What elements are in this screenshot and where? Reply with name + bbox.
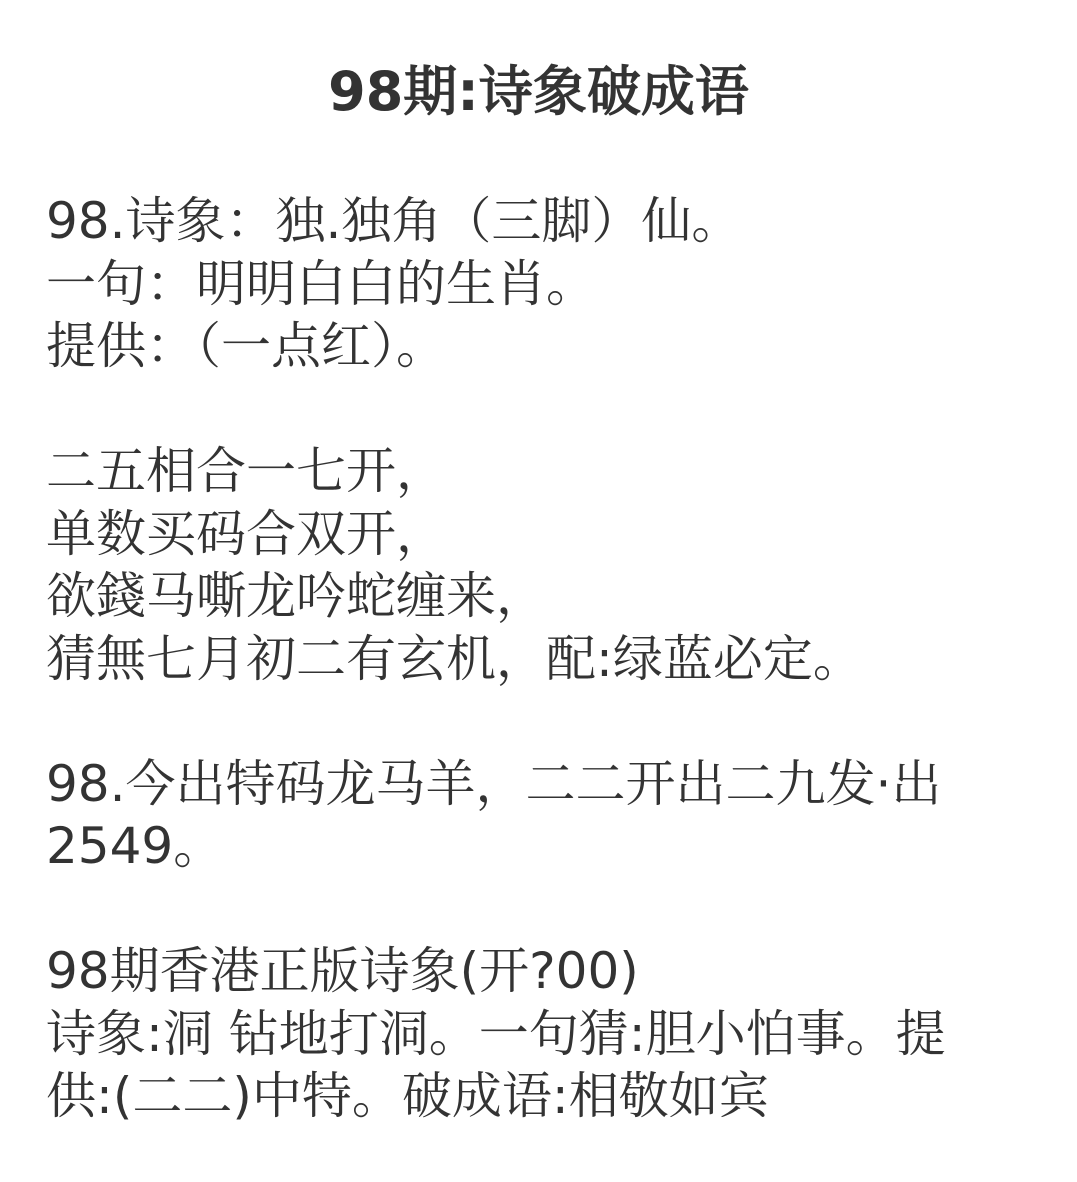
text-line: 98.今出特码龙马羊，二二开出二九发·出 <box>46 753 1056 816</box>
text-line: 诗象:洞 钻地打洞。一句猜:胆小怕事。提 <box>46 1003 1056 1066</box>
section-prediction: 98.今出特码龙马羊，二二开出二九发·出 2549。 <box>46 753 1056 878</box>
text-line: 猜無七月初二有玄机，配:绿蓝必定。 <box>46 628 1056 691</box>
text-line: 欲錢马嘶龙吟蛇缠来， <box>46 565 1056 628</box>
page-title: 98期:诗象破成语 <box>0 56 1077 128</box>
spacer <box>46 878 1056 941</box>
text-line: 提供：（一点红）。 <box>46 315 1056 378</box>
section-hk-poem: 98期香港正版诗象(开?00) 诗象:洞 钻地打洞。一句猜:胆小怕事。提 供:(… <box>46 940 1056 1128</box>
text-line: 一句：明明白白的生肖。 <box>46 253 1056 316</box>
section-poem-intro: 98.诗象：独.独角（三脚）仙。 一句：明明白白的生肖。 提供：（一点红）。 <box>46 190 1056 378</box>
text-line: 98期香港正版诗象(开?00) <box>46 940 1056 1003</box>
text-line: 2549。 <box>46 815 1056 878</box>
text-line: 单数买码合双开， <box>46 503 1056 566</box>
spacer <box>46 378 1056 441</box>
text-line: 二五相合一七开， <box>46 440 1056 503</box>
spacer <box>46 690 1056 753</box>
section-verse: 二五相合一七开， 单数买码合双开， 欲錢马嘶龙吟蛇缠来， 猜無七月初二有玄机，配… <box>46 440 1056 690</box>
document-body: 98.诗象：独.独角（三脚）仙。 一句：明明白白的生肖。 提供：（一点红）。 二… <box>46 190 1056 1128</box>
text-line: 供:(二二)中特。破成语:相敬如宾 <box>46 1065 1056 1128</box>
text-line: 98.诗象：独.独角（三脚）仙。 <box>46 190 1056 253</box>
